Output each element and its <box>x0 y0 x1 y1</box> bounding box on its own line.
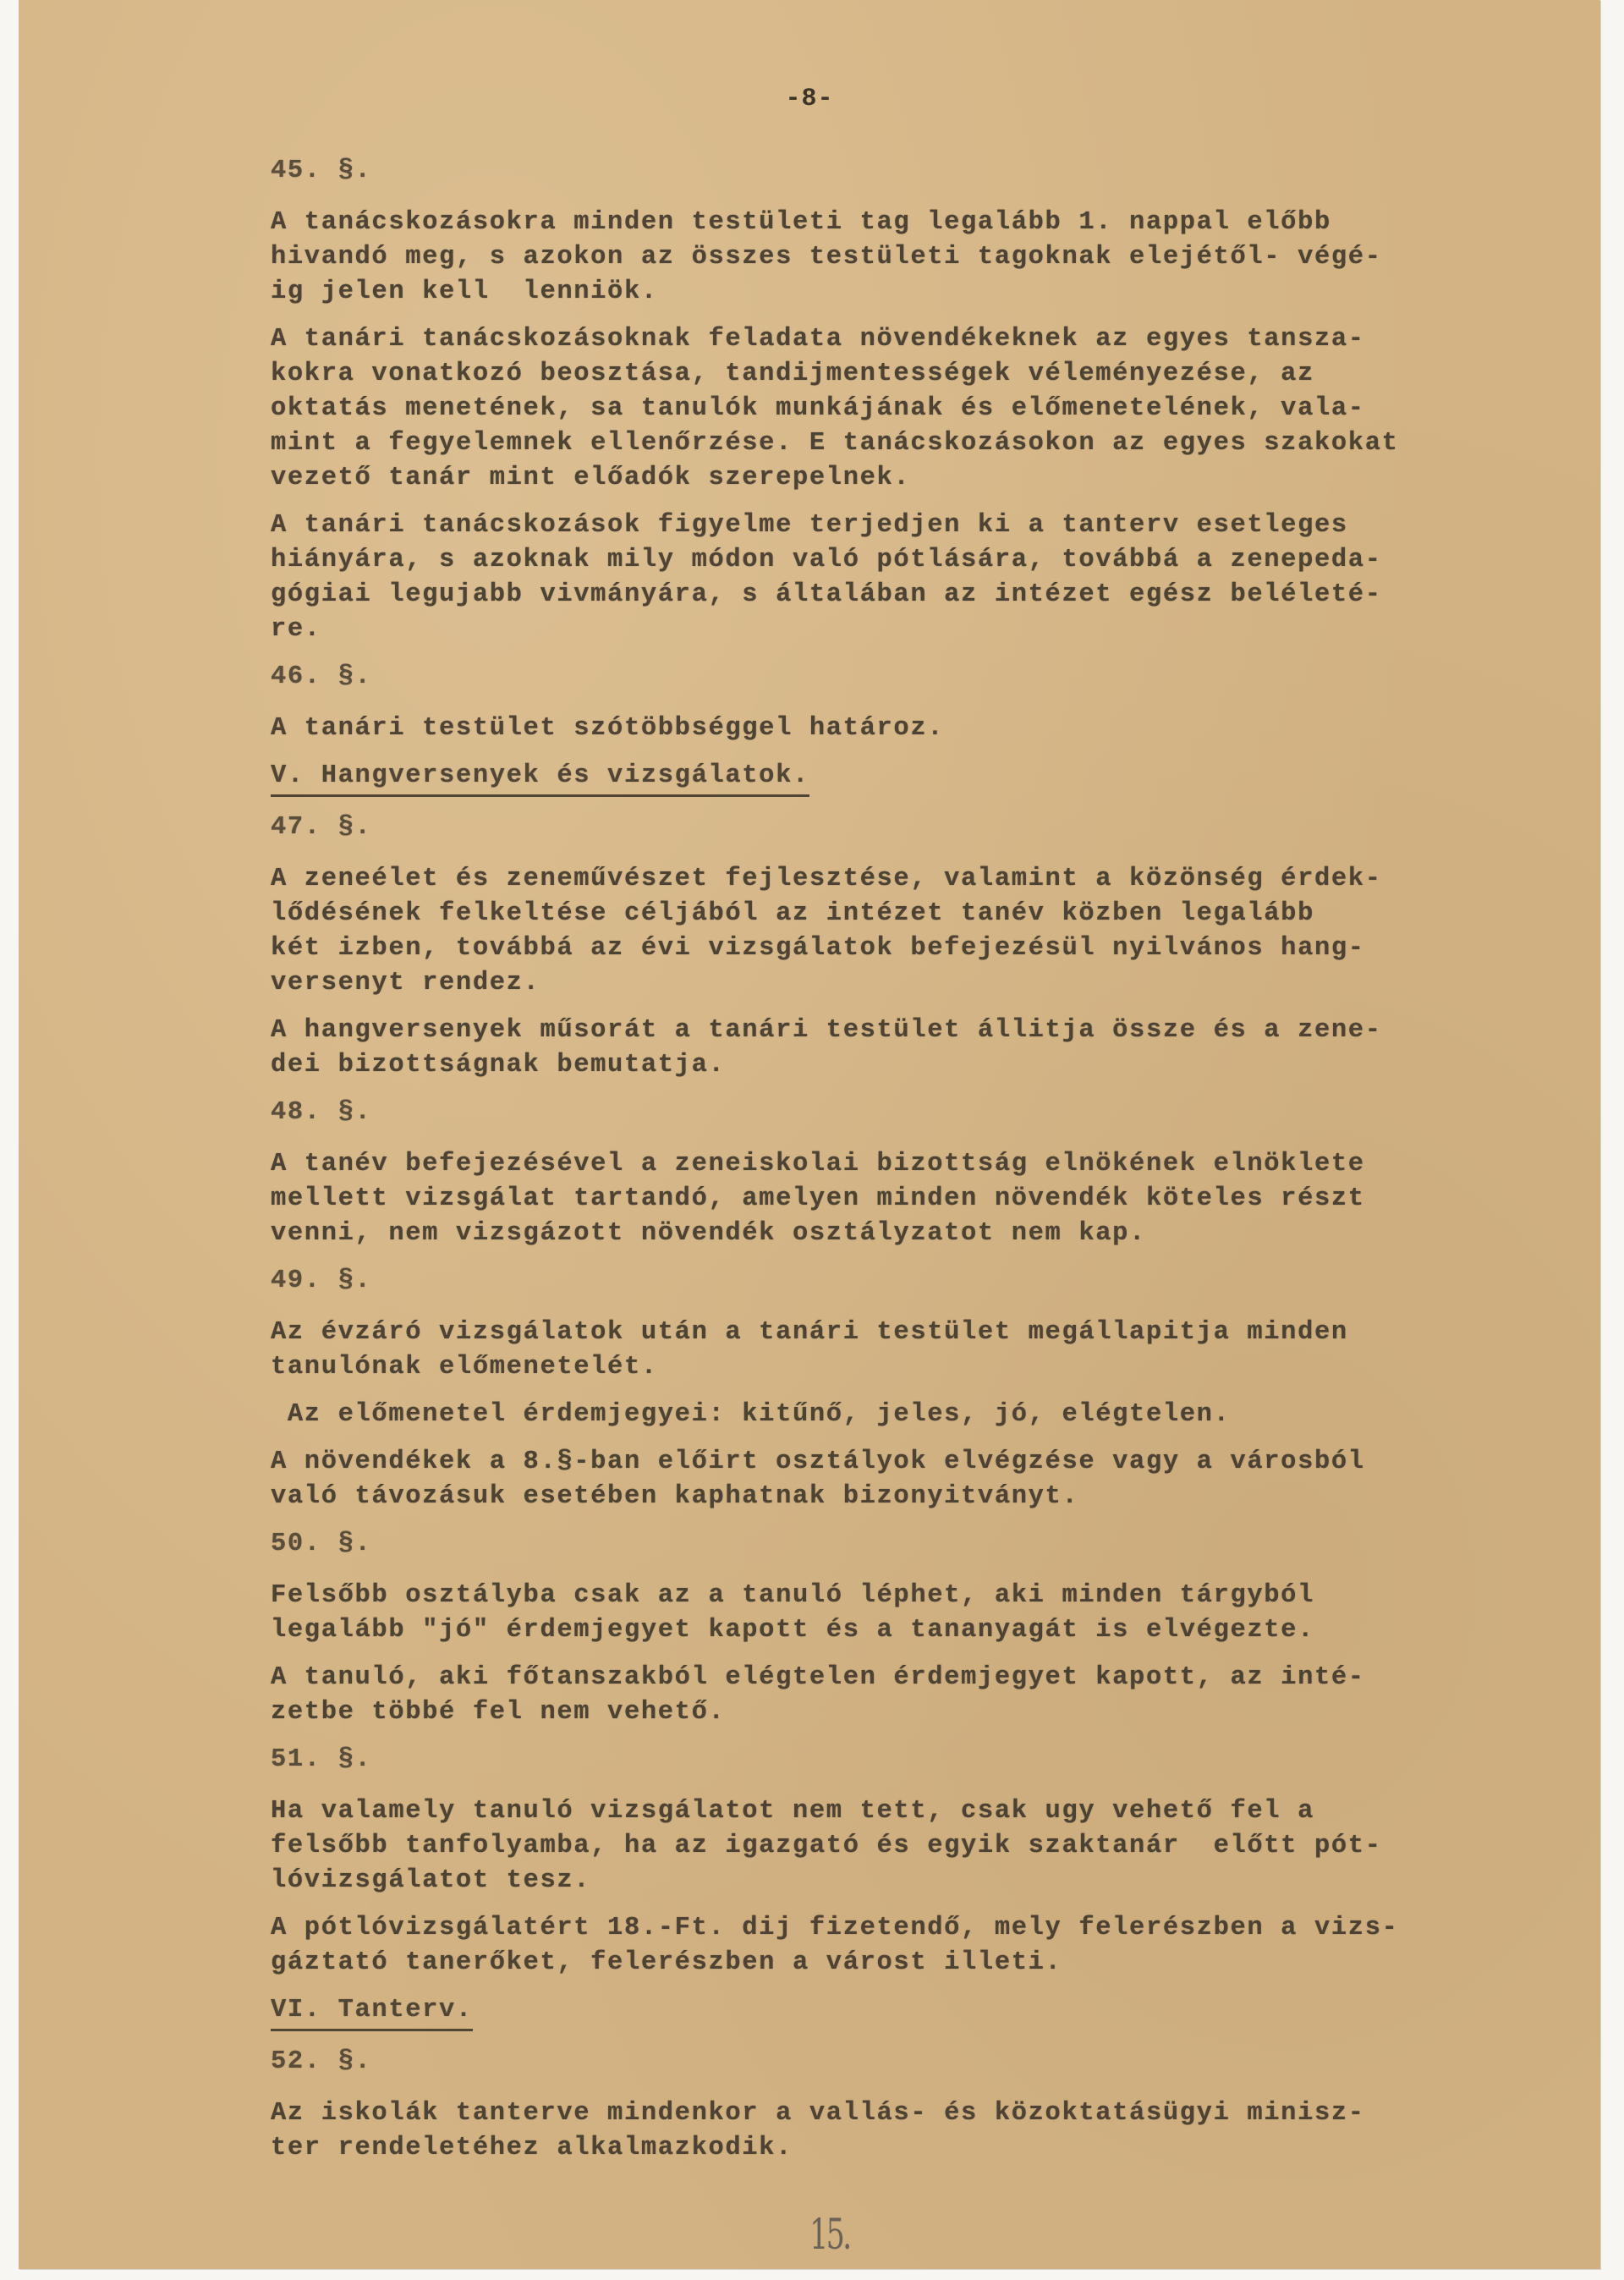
page-number: -8- <box>19 85 1600 113</box>
chapter-v-heading: V. Hangversenyek és vizsgálatok. <box>271 759 809 797</box>
section-45-marker: 45. §. <box>271 154 1607 189</box>
paragraph-45-meetings: A tanácskozásokra minden testületi tag l… <box>271 206 1607 310</box>
section-52-marker: 52. §. <box>271 2045 1607 2079</box>
paragraph-49-progress: Az évzáró vizsgálatok után a tanári test… <box>271 1316 1607 1385</box>
section-49-marker: 49. §. <box>271 1264 1607 1299</box>
section-50-marker: 50. §. <box>271 1527 1607 1562</box>
paragraph-47-concerts: A zeneélet és zeneművészet fejlesztése, … <box>271 862 1607 1001</box>
paragraph-52-curriculum: Az iskolák tanterve mindenkor a vallás- … <box>271 2096 1607 2166</box>
paragraph-45-curriculum: A tanári tanácskozások figyelme terjedje… <box>271 508 1607 647</box>
paragraph-48-exams: A tanév befejezésével a zeneiskolai bizo… <box>271 1147 1607 1251</box>
paragraph-51-makeup-exam: Ha valamely tanuló vizsgálatot nem tett,… <box>271 1794 1607 1898</box>
typewritten-page: -8- 45. §. A tanácskozásokra minden test… <box>19 0 1600 2269</box>
chapter-vi-heading: VI. Tanterv. <box>271 1993 473 2031</box>
paragraph-51-fee: A pótlóvizsgálatért 18.-Ft. dij fizetend… <box>271 1911 1607 1981</box>
section-46-marker: 46. §. <box>271 660 1607 695</box>
paragraph-46-majority: A tanári testület szótöbbséggel határoz. <box>271 711 1607 746</box>
paragraph-45-duties: A tanári tanácskozásoknak feladata növen… <box>271 322 1607 496</box>
section-48-marker: 48. §. <box>271 1096 1607 1130</box>
handwritten-folio-number: 15. <box>809 2210 849 2259</box>
paragraph-49-grades: Az előmenetel érdemjegyei: kitűnő, jeles… <box>271 1398 1607 1432</box>
section-47-marker: 47. §. <box>271 810 1607 845</box>
section-51-marker: 51. §. <box>271 1743 1607 1777</box>
paragraph-50-promotion: Felsőbb osztályba csak az a tanuló léphe… <box>271 1579 1607 1648</box>
paragraph-49-certificate: A növendékek a 8.§-ban előirt osztályok … <box>271 1445 1607 1514</box>
paragraph-50-failing: A tanuló, aki főtanszakból elégtelen érd… <box>271 1661 1607 1730</box>
paragraph-47-program: A hangversenyek műsorát a tanári testüle… <box>271 1014 1607 1083</box>
document-body: 45. §. A tanácskozásokra minden testület… <box>271 154 1607 2178</box>
